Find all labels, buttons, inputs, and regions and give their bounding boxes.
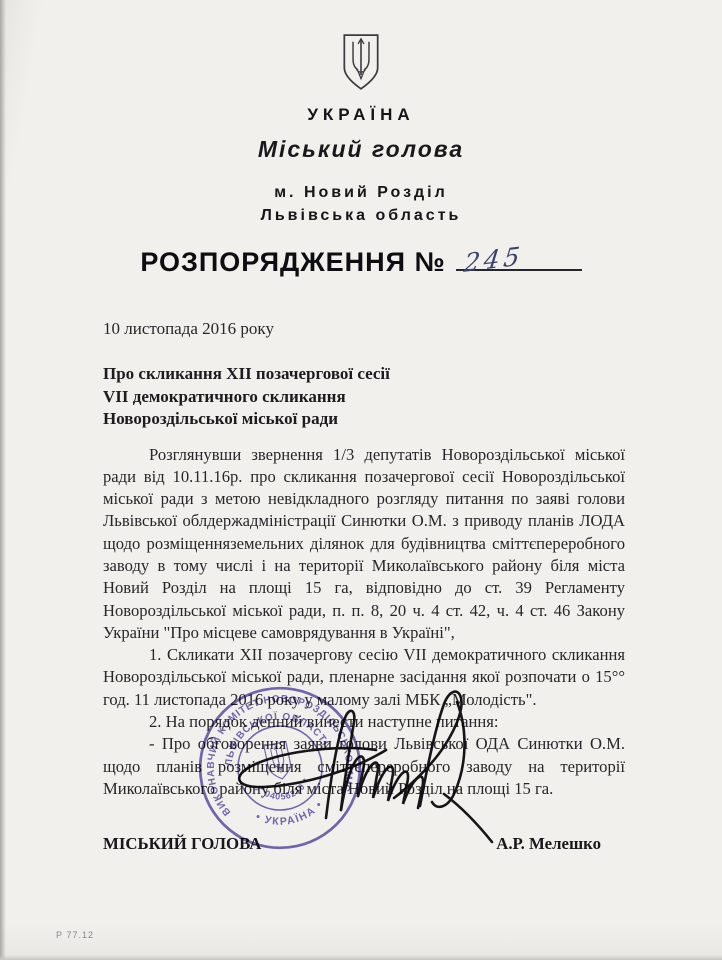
document-page: УКРАЇНА Міський голова м. Новий Розділ Л… (0, 0, 722, 960)
region-name: Львівська область (0, 207, 722, 225)
office-title: Міський голова (0, 136, 722, 163)
document-type-label: РОЗПОРЯДЖЕННЯ № (140, 247, 445, 277)
document-title: РОЗПОРЯДЖЕННЯ №245 (0, 239, 722, 278)
letterhead: УКРАЇНА Міський голова м. Новий Розділ Л… (0, 0, 722, 278)
print-reference: Р 77.12 (56, 930, 94, 940)
document-number-handwritten: 245 (462, 241, 525, 278)
country-name: УКРАЇНА (0, 105, 722, 125)
coat-of-arms-icon (338, 33, 384, 91)
scan-edge-bottom (0, 955, 722, 960)
document-number-line: 245 (456, 239, 582, 271)
paragraph-preamble: Розглянувши звернення 1/3 депутатів Ново… (103, 444, 625, 645)
city-name: м. Новий Розділ (0, 184, 722, 202)
document-date: 10 листопада 2016 року (103, 319, 625, 339)
document-subject: Про скликання XII позачергової сесії VII… (103, 363, 625, 431)
signature-ink (208, 658, 520, 863)
scan-edge-left (0, 0, 6, 960)
